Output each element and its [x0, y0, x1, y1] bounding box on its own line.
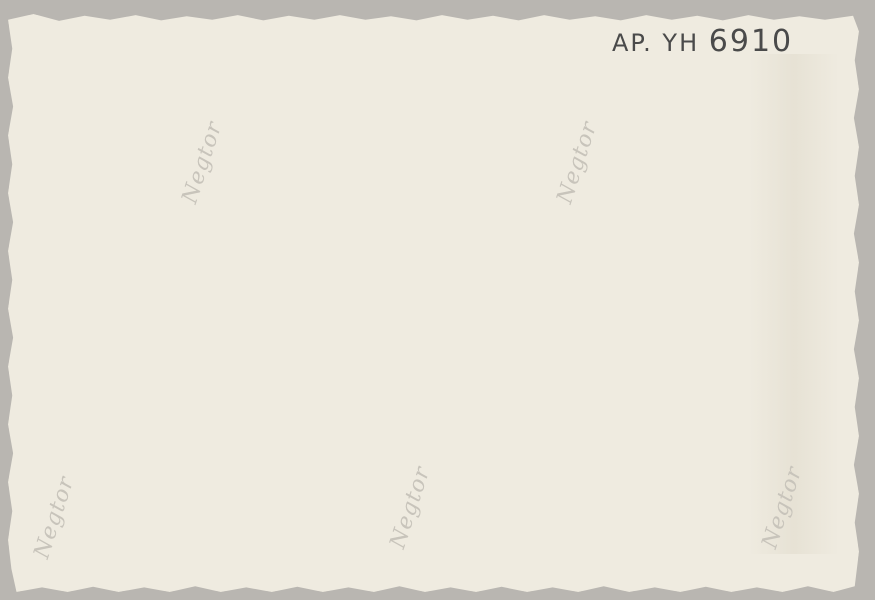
photo-paper-back: [8, 14, 859, 592]
handwritten-inventory-number: AP. YH 6910: [612, 24, 793, 59]
inventory-number: 6910: [709, 24, 793, 59]
inventory-label: AP. YH: [612, 29, 699, 57]
